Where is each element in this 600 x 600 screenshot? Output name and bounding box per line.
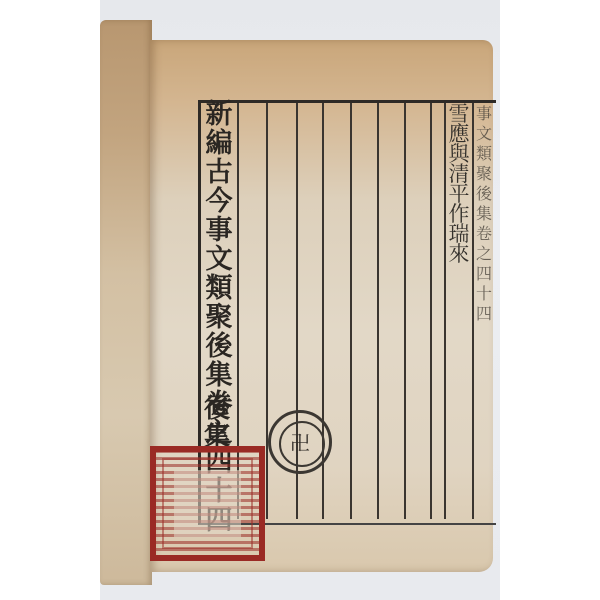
title-char: 編 bbox=[206, 129, 233, 158]
edge-char: 之 bbox=[476, 244, 492, 264]
edge-char: 聚 bbox=[476, 164, 492, 184]
edge-char: 四 bbox=[476, 304, 492, 324]
edge-char: 十 bbox=[476, 284, 492, 304]
edge-char: 集 bbox=[476, 204, 492, 224]
left-page-edge bbox=[100, 20, 152, 585]
text-column-right: 雪 應 與 清 平 作 瑞 來 bbox=[446, 104, 472, 264]
title-char: 後 bbox=[206, 332, 233, 361]
text-char: 平 bbox=[449, 184, 470, 204]
edge-column-faded: 事 文 類 聚 後 集 卷 之 四 十 四 bbox=[474, 104, 494, 324]
title-char: 集 bbox=[206, 361, 233, 390]
column-rule bbox=[377, 103, 379, 519]
title-char: 事 bbox=[206, 216, 233, 245]
title-char: 古 bbox=[206, 158, 233, 187]
text-char: 與 bbox=[449, 144, 470, 164]
title-char: 今 bbox=[206, 187, 233, 216]
column-rule bbox=[350, 103, 352, 519]
text-char: 雪 bbox=[449, 104, 470, 124]
round-seal-glyph: 卍 bbox=[271, 427, 329, 456]
square-red-seal-stamp bbox=[150, 446, 265, 561]
title-char: 新 bbox=[206, 100, 233, 129]
title-char: 類 bbox=[206, 274, 233, 303]
edge-char: 後 bbox=[476, 184, 492, 204]
sub-label-char: 後 bbox=[204, 395, 230, 423]
title-char: 文 bbox=[206, 245, 233, 274]
edge-char: 事 bbox=[476, 104, 492, 124]
edge-char: 文 bbox=[476, 124, 492, 144]
edge-char: 四 bbox=[476, 264, 492, 284]
edge-char: 卷 bbox=[476, 224, 492, 244]
seal-inner-field bbox=[174, 470, 241, 537]
column-rule bbox=[404, 103, 406, 519]
text-char: 作 bbox=[449, 204, 470, 224]
edge-char: 類 bbox=[476, 144, 492, 164]
title-char: 聚 bbox=[206, 303, 233, 332]
text-char: 來 bbox=[449, 244, 470, 264]
column-rule bbox=[266, 103, 268, 519]
text-char: 瑞 bbox=[449, 224, 470, 244]
round-seal-stamp: 卍 bbox=[268, 410, 332, 474]
sub-label-column: 後 集 bbox=[200, 395, 234, 451]
text-char: 應 bbox=[449, 124, 470, 144]
column-rule bbox=[430, 103, 432, 519]
text-char: 清 bbox=[449, 164, 470, 184]
